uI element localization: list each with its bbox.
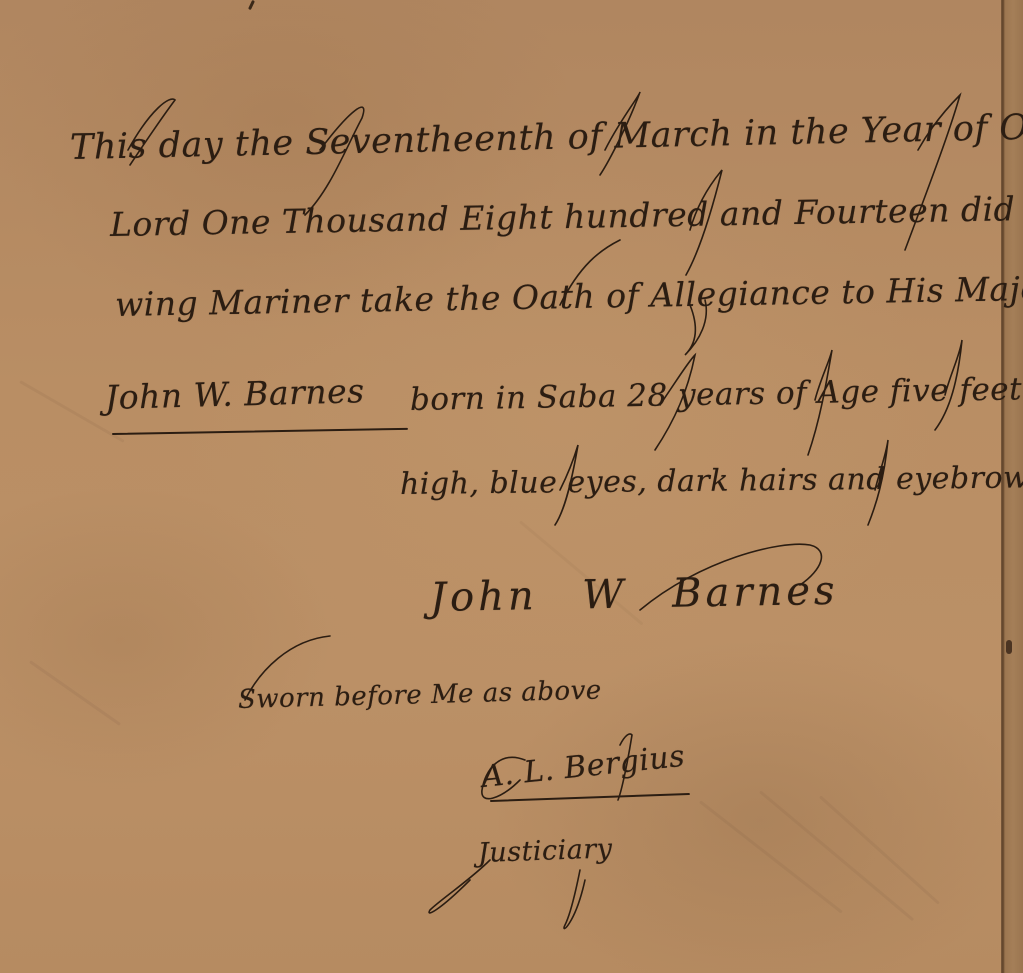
attestation-text: Sworn before Me as above <box>238 675 602 715</box>
text-line-1: This day the Seventheenth of March in th… <box>70 107 1023 168</box>
text-line-3: wing Mariner take the Oath of Allegiance… <box>115 268 1023 325</box>
show-through-mark <box>819 795 940 904</box>
subject-name: John W. Barnes <box>104 371 365 417</box>
show-through-mark <box>699 800 843 913</box>
subject-name-underline <box>112 428 408 435</box>
justice-title: Justiciary <box>477 833 613 869</box>
document-page: This day the Seventheenth of March in th… <box>0 0 1023 973</box>
binding-thread-knot <box>1006 640 1012 654</box>
justice-signature: A. L. Bergius <box>480 739 686 795</box>
subject-description-line-2: high, blue eyes, dark hairs and eyebrows… <box>400 458 1023 505</box>
show-through-mark <box>29 660 121 726</box>
justice-signature-underline <box>490 793 690 802</box>
text-line-2: Lord One Thousand Eight hundred and Four… <box>110 187 1023 245</box>
ink-speck <box>248 0 255 10</box>
mariner-signature: John W Barnes <box>430 568 839 621</box>
subject-description-line-1: born in Saba 28 years of Age five feet <box>410 369 1023 420</box>
